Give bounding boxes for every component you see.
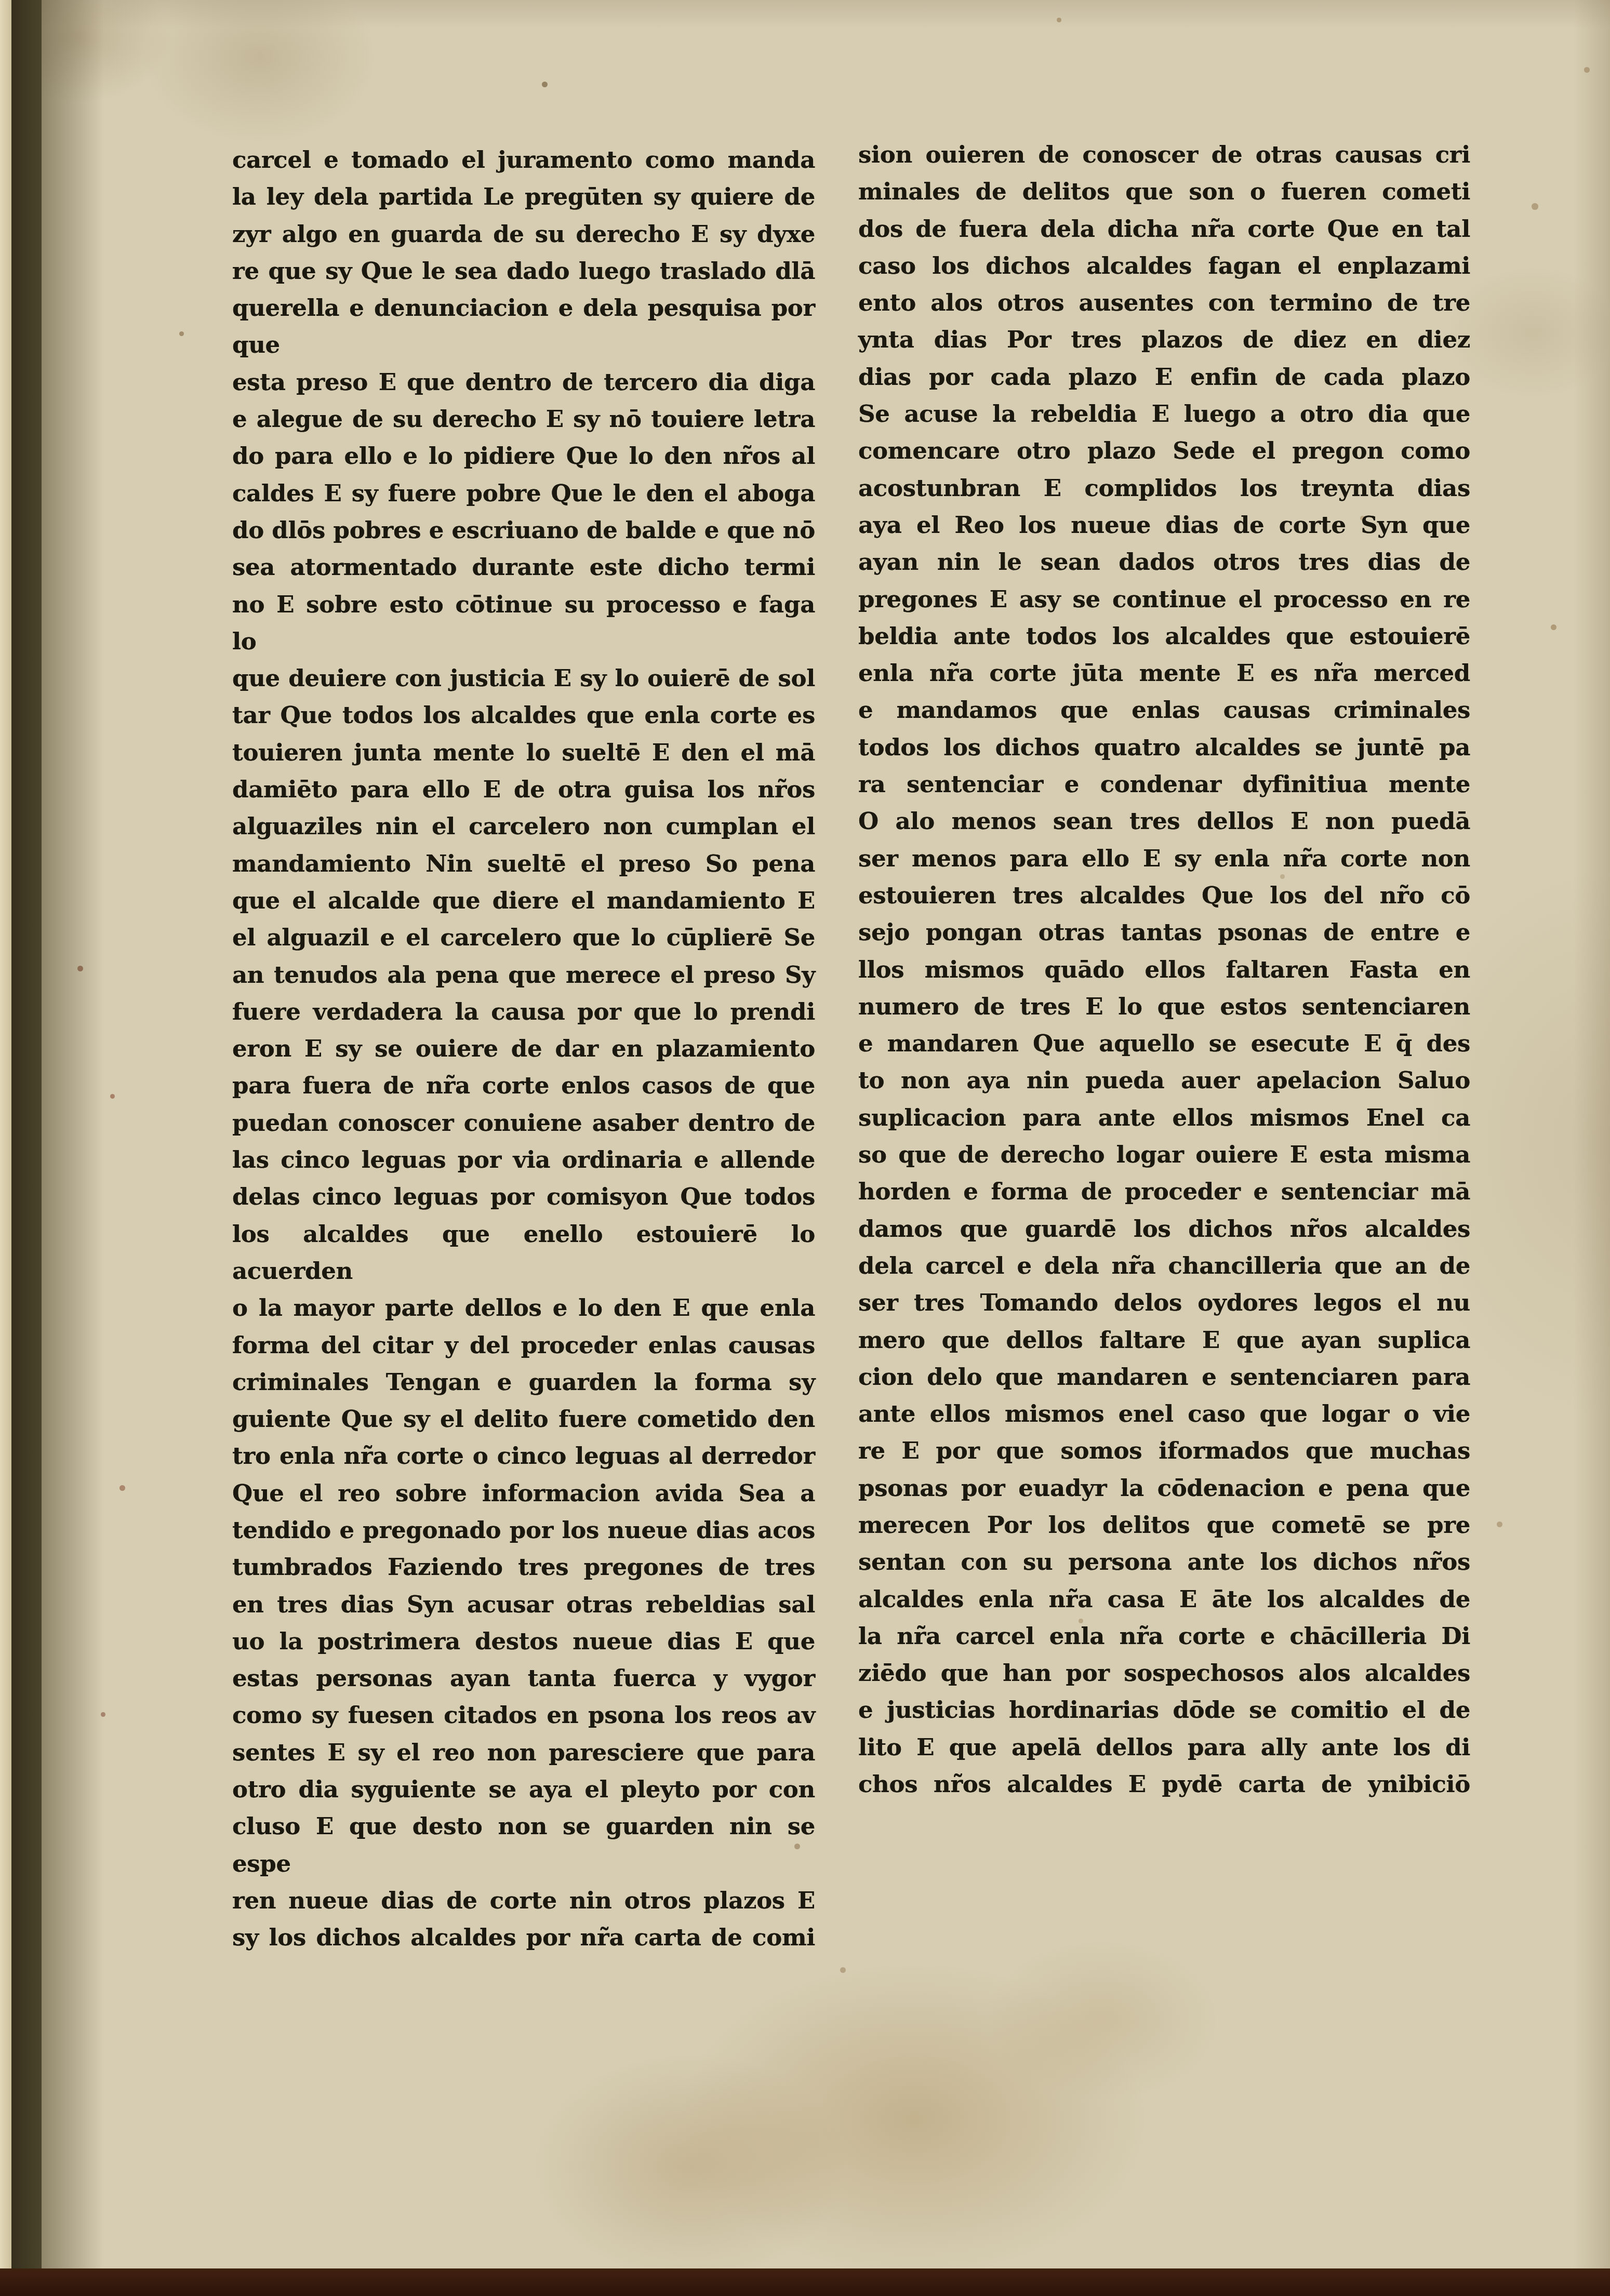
text-line: psonas por euadyr la cōdenacion e pena q… — [858, 1470, 1470, 1506]
text-line: ynta dias Por tres plazos de diez en die… — [858, 321, 1470, 358]
binding-gutter — [11, 0, 42, 2271]
text-line: ayan nin le sean dados otros tres dias d… — [858, 543, 1470, 580]
text-line: eron E sy se ouiere de dar en plazamient… — [232, 1030, 815, 1067]
text-line: sy los dichos alcaldes por nr̃a carta de… — [232, 1919, 815, 1956]
text-line: ento alos otros ausentes con termino de … — [858, 284, 1470, 321]
text-line: minales de delitos que son o fueren come… — [858, 173, 1470, 210]
text-line: dos de fuera dela dicha nr̃a corte Que e… — [858, 210, 1470, 247]
text-line: tar Que todos los alcaldes que enla cort… — [232, 697, 815, 733]
text-line: ante ellos mismos enel caso que logar o … — [858, 1395, 1470, 1432]
text-line: dela carcel e dela nr̃a chancilleria que… — [858, 1247, 1470, 1284]
text-line: las cinco leguas por via ordinaria e all… — [232, 1141, 815, 1178]
text-line: fuere verdadera la causa por que lo pren… — [232, 993, 815, 1030]
text-line: puedan conoscer conuiene asaber dentro d… — [232, 1104, 815, 1141]
text-line: carcel e tomado el juramento como manda — [232, 141, 815, 178]
text-line: pregones E asy se continue el processo e… — [858, 581, 1470, 618]
text-line: ser tres Tomando delos oydores legos el … — [858, 1284, 1470, 1321]
text-line: e mandaren Que aquello se esecute E q̄ d… — [858, 1025, 1470, 1062]
text-line: do dlōs pobres e escriuano de balde e qu… — [232, 512, 815, 549]
text-line: el alguazil e el carcelero que lo cūplie… — [232, 919, 815, 956]
text-line: todos los dichos quatro alcaldes se junt… — [858, 729, 1470, 766]
text-line: ren nueue dias de corte nin otros plazos… — [232, 1882, 815, 1919]
text-line: tumbrados Faziendo tres pregones de tres — [232, 1549, 815, 1585]
text-line: touieren junta mente lo sueltē E den el … — [232, 734, 815, 771]
text-line: no E sobre esto cōtinue su processo e fa… — [232, 586, 815, 660]
text-line: damiēto para ello E de otra guisa los nr… — [232, 771, 815, 808]
text-line: la nr̃a carcel enla nr̃a corte e chācill… — [858, 1618, 1470, 1654]
text-line: lito E que apelā dellos para ally ante l… — [858, 1729, 1470, 1766]
text-line: re que sy Que le sea dado luego traslado… — [232, 252, 815, 289]
text-line: enla nr̃a corte jūta mente E es nr̃a mer… — [858, 655, 1470, 691]
text-line: guiente Que sy el delito fuere cometido … — [232, 1400, 815, 1437]
text-line: uo la postrimera destos nueue dias E que — [232, 1623, 815, 1660]
text-line: dias por cada plazo E enfin de cada plaz… — [858, 358, 1470, 395]
text-line: re E por que somos iformados que muchas — [858, 1432, 1470, 1469]
text-line: caso los dichos alcaldes fagan el enplaz… — [858, 247, 1470, 284]
text-line: tendido e pregonado por los nueue dias a… — [232, 1512, 815, 1549]
text-line: ziēdo que han por sospechosos alos alcal… — [858, 1654, 1470, 1691]
text-line: en tres dias Syn acusar otras rebeldias … — [232, 1586, 815, 1623]
text-line: cluso E que desto non se guarden nin se … — [232, 1808, 815, 1882]
text-line: suplicacion para ante ellos mismos Enel … — [858, 1099, 1470, 1136]
text-line: acostunbran E complidos los treynta dias — [858, 470, 1470, 506]
text-line: e justicias hordinarias dōde se comitio … — [858, 1691, 1470, 1728]
text-line: merecen Por los delitos que cometē se pr… — [858, 1506, 1470, 1543]
paper-sheet: carcel e tomado el juramento como mandal… — [0, 0, 1610, 2271]
text-column-right: sion ouieren de conoscer de otras causas… — [858, 136, 1470, 1803]
text-line: Que el reo sobre informacion avida Sea a — [232, 1475, 815, 1512]
scanned-book-page: carcel e tomado el juramento como mandal… — [0, 0, 1610, 2296]
text-line: chos nr̃os alcaldes E pydē carta de ynib… — [858, 1766, 1470, 1803]
text-line: do para ello e lo pidiere Que lo den nr̃… — [232, 437, 815, 474]
text-line: alguaziles nin el carcelero non cumplan … — [232, 808, 815, 845]
text-line: e alegue de su derecho E sy nō touiere l… — [232, 401, 815, 437]
gutter-shadow — [42, 0, 104, 2271]
text-line: los alcaldes que enello estouierē lo acu… — [232, 1216, 815, 1290]
text-line: la ley dela partida Le pregūten sy quier… — [232, 178, 815, 215]
text-line: horden e forma de proceder e sentenciar … — [858, 1173, 1470, 1210]
text-line: sea atormentado durante este dicho termi — [232, 549, 815, 585]
text-line: estas personas ayan tanta fuerca y vygor — [232, 1660, 815, 1697]
text-column-left: carcel e tomado el juramento como mandal… — [232, 141, 815, 1956]
text-line: para fuera de nr̃a corte enlos casos de … — [232, 1067, 815, 1104]
text-line: an tenudos ala pena que merece el preso … — [232, 956, 815, 993]
text-line: ra sentenciar e condenar dyfinitiua ment… — [858, 766, 1470, 803]
text-line: alcaldes enla nr̃a casa E āte los alcald… — [858, 1581, 1470, 1618]
text-line: damos que guardē los dichos nr̃os alcald… — [858, 1210, 1470, 1247]
text-line: forma del citar y del proceder enlas cau… — [232, 1327, 815, 1364]
text-line: estouieren tres alcaldes Que los del nr̃… — [858, 877, 1470, 914]
text-line: sentes E sy el reo non paresciere que pa… — [232, 1734, 815, 1771]
text-line: sentan con su persona ante los dichos nr… — [858, 1543, 1470, 1580]
text-line: delas cinco leguas por comisyon Que todo… — [232, 1178, 815, 1215]
text-line: to non aya nin pueda auer apelacion Salu… — [858, 1062, 1470, 1099]
text-line: zyr algo en guarda de su derecho E sy dy… — [232, 216, 815, 252]
text-line: que deuiere con justicia E sy lo ouierē … — [232, 660, 815, 697]
text-line: sion ouieren de conoscer de otras causas… — [858, 136, 1470, 173]
text-line: e mandamos que enlas causas criminales — [858, 691, 1470, 728]
text-line: O alo menos sean tres dellos E non puedā — [858, 803, 1470, 839]
text-line: caldes E sy fuere pobre Que le den el ab… — [232, 475, 815, 512]
text-line: beldia ante todos los alcaldes que estou… — [858, 618, 1470, 655]
desk-surface — [0, 2268, 1610, 2296]
text-line: sejo pongan otras tantas psonas de entre… — [858, 914, 1470, 951]
text-line: criminales Tengan e guarden la forma sy — [232, 1364, 815, 1400]
text-line: otro dia syguiente se aya el pleyto por … — [232, 1771, 815, 1808]
text-line: llos mismos quādo ellos faltaren Fasta e… — [858, 951, 1470, 988]
text-line: numero de tres E lo que estos sentenciar… — [858, 988, 1470, 1025]
text-line: mero que dellos faltare E que ayan supli… — [858, 1321, 1470, 1358]
text-line: querella e denunciacion e dela pesquisa … — [232, 289, 815, 364]
text-line: comencare otro plazo Sede el pregon como — [858, 432, 1470, 469]
text-line: aya el Reo los nueue dias de corte Syn q… — [858, 506, 1470, 543]
text-line: ser menos para ello E sy enla nr̃a corte… — [858, 840, 1470, 877]
text-line: o la mayor parte dellos e lo den E que e… — [232, 1289, 815, 1326]
text-line: mandamiento Nin sueltē el preso So pena — [232, 845, 815, 882]
text-line: esta preso E que dentro de tercero dia d… — [232, 364, 815, 401]
text-line: so que de derecho logar ouiere E esta mi… — [858, 1136, 1470, 1173]
text-line: Se acuse la rebeldia E luego a otro dia … — [858, 395, 1470, 432]
text-line: como sy fuesen citados en psona los reos… — [232, 1697, 815, 1733]
text-line: tro enla nr̃a corte o cinco leguas al de… — [232, 1437, 815, 1474]
text-line: que el alcalde que diere el mandamiento … — [232, 882, 815, 919]
text-line: cion delo que mandaren e sentenciaren pa… — [858, 1358, 1470, 1395]
